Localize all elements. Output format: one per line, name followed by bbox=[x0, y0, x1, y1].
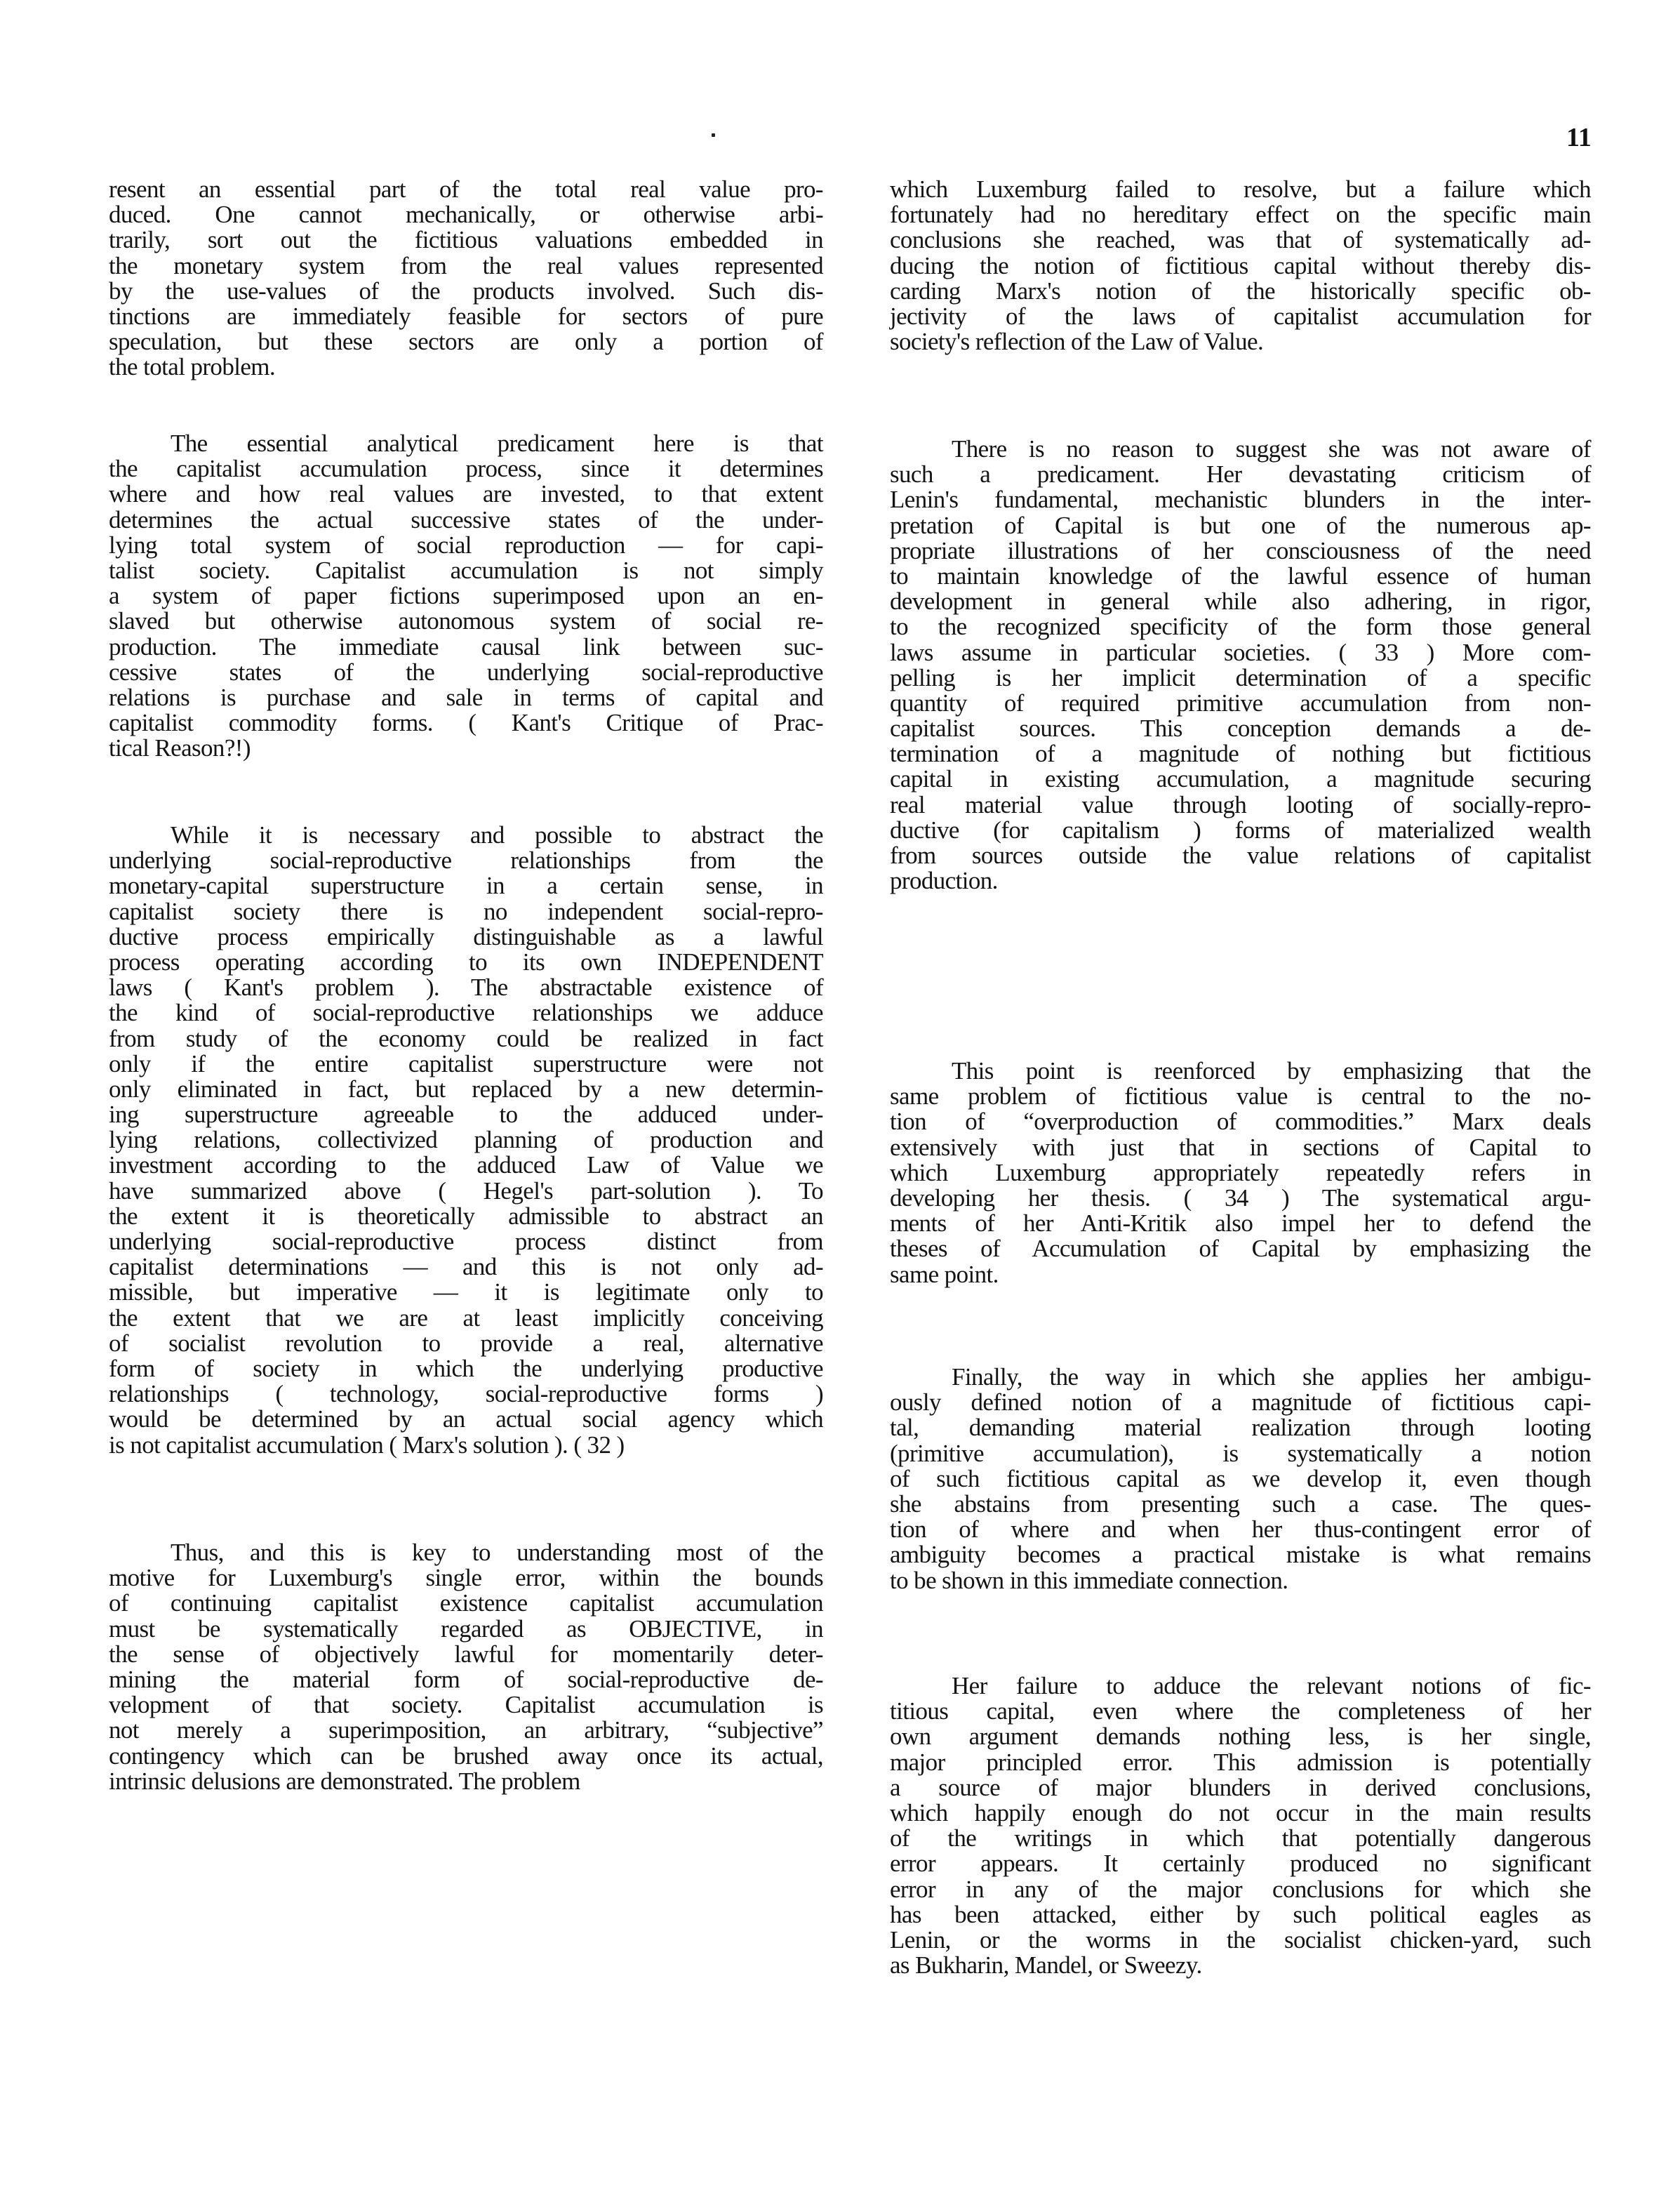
text-line: mining the material form of social-repro… bbox=[109, 1667, 823, 1692]
document-page: 11 resent an essential part of the total… bbox=[0, 0, 1680, 2209]
text-line: from sources outside the value relations… bbox=[890, 843, 1591, 868]
text-line: would be determined by an actual social … bbox=[109, 1407, 823, 1432]
text-line: ambiguity becomes a practical mistake is… bbox=[890, 1542, 1591, 1567]
text-line: capitalist commodity forms. ( Kant's Cri… bbox=[109, 710, 823, 736]
text-line: where and how real values are invested, … bbox=[109, 482, 823, 507]
text-line: contingency which can be brushed away on… bbox=[109, 1744, 823, 1769]
text-line: by the use-values of the products involv… bbox=[109, 279, 823, 304]
text-line: process operating according to its own I… bbox=[109, 950, 823, 975]
paragraph: Thus, and this is key to understanding m… bbox=[109, 1540, 823, 1794]
text-line: relations is purchase and sale in terms … bbox=[109, 685, 823, 710]
text-line: Finally, the way in which she applies he… bbox=[890, 1365, 1591, 1390]
text-line: real material value through looting of s… bbox=[890, 792, 1591, 818]
text-line: talist society. Capitalist accumulation … bbox=[109, 558, 823, 583]
text-line: The essential analytical predicament her… bbox=[109, 431, 823, 456]
text-line: propriate illustrations of her conscious… bbox=[890, 538, 1591, 564]
text-line: tion of where and when her thus-continge… bbox=[890, 1517, 1591, 1542]
text-line: society's reflection of the Law of Value… bbox=[890, 329, 1591, 354]
text-line: duced. One cannot mechanically, or other… bbox=[109, 202, 823, 227]
text-line: theses of Accumulation of Capital by emp… bbox=[890, 1236, 1591, 1261]
text-line: resent an essential part of the total re… bbox=[109, 177, 823, 202]
text-line: ments of her Anti-Kritik also impel her … bbox=[890, 1211, 1591, 1236]
text-line: a system of paper fictions superimposed … bbox=[109, 583, 823, 609]
text-line: to be shown in this immediate connection… bbox=[890, 1568, 1591, 1593]
text-line: must be systematically regarded as OBJEC… bbox=[109, 1617, 823, 1642]
text-line: error appears. It certainly produced no … bbox=[890, 1851, 1591, 1876]
text-line: laws assume in particular societies. ( 3… bbox=[890, 640, 1591, 665]
text-line: not merely a superimposition, an arbitra… bbox=[109, 1718, 823, 1743]
text-line: of socialist revolution to provide a rea… bbox=[109, 1331, 823, 1356]
text-line: the extent that we are at least implicit… bbox=[109, 1306, 823, 1331]
text-line: slaved but otherwise autonomous system o… bbox=[109, 609, 823, 634]
text-line: from study of the economy could be reali… bbox=[109, 1026, 823, 1052]
text-line: missible, but imperative — it is legitim… bbox=[109, 1280, 823, 1305]
text-line: Her failure to adduce the relevant notio… bbox=[890, 1673, 1591, 1699]
text-line: determines the actual successive states … bbox=[109, 508, 823, 533]
text-line: the extent it is theoretically admissibl… bbox=[109, 1204, 823, 1229]
text-line: ductive process empirically distinguisha… bbox=[109, 924, 823, 950]
text-line: capitalist society there is no independe… bbox=[109, 899, 823, 924]
text-line: of continuing capitalist existence capit… bbox=[109, 1591, 823, 1616]
text-line: developing her thesis. ( 34 ) The system… bbox=[890, 1186, 1591, 1211]
top-mark bbox=[712, 133, 715, 137]
paragraph: There is no reason to suggest she was no… bbox=[890, 437, 1591, 894]
text-line: Thus, and this is key to understanding m… bbox=[109, 1540, 823, 1565]
text-line: of the writings in which that potentiall… bbox=[890, 1826, 1591, 1851]
text-line: production. The immediate causal link be… bbox=[109, 635, 823, 660]
text-line: laws ( Kant's problem ). The abstractabl… bbox=[109, 975, 823, 1000]
text-line: major principled error. This admission i… bbox=[890, 1750, 1591, 1775]
text-line: investment according to the adduced Law … bbox=[109, 1153, 823, 1178]
text-line: There is no reason to suggest she was no… bbox=[890, 437, 1591, 462]
text-line: motive for Luxemburg's single error, wit… bbox=[109, 1565, 823, 1591]
text-line: relationships ( technology, social-repro… bbox=[109, 1381, 823, 1407]
text-line: a source of major blunders in derived co… bbox=[890, 1775, 1591, 1800]
text-line: to maintain knowledge of the lawful esse… bbox=[890, 564, 1591, 589]
text-line: only eliminated in fact, but replaced by… bbox=[109, 1077, 823, 1102]
text-line: only if the entire capitalist superstruc… bbox=[109, 1052, 823, 1077]
text-line: the monetary system from the real values… bbox=[109, 253, 823, 279]
text-line: of such fictitious capital as we develop… bbox=[890, 1466, 1591, 1492]
text-line: which Luxemburg appropriately repeatedly… bbox=[890, 1160, 1591, 1186]
text-line: same point. bbox=[890, 1262, 1591, 1287]
paragraph: Finally, the way in which she applies he… bbox=[890, 1365, 1591, 1593]
text-line: tical Reason?!) bbox=[109, 736, 823, 761]
text-line: form of society in which the underlying … bbox=[109, 1356, 823, 1381]
text-line: termination of a magnitude of nothing bu… bbox=[890, 741, 1591, 767]
text-line: quantity of required primitive accumulat… bbox=[890, 691, 1591, 716]
text-line: which Luxemburg failed to resolve, but a… bbox=[890, 177, 1591, 202]
text-line: Lenin's fundamental, mechanistic blunder… bbox=[890, 487, 1591, 512]
text-line: fortunately had no hereditary effect on … bbox=[890, 202, 1591, 227]
text-line: lying relations, collectivized planning … bbox=[109, 1127, 823, 1153]
text-line: the total problem. bbox=[109, 354, 823, 380]
text-line: pretation of Capital is but one of the n… bbox=[890, 513, 1591, 538]
text-line: which happily enough do not occur in the… bbox=[890, 1800, 1591, 1826]
text-line: as Bukharin, Mandel, or Sweezy. bbox=[890, 1953, 1591, 1978]
paragraph: which Luxemburg failed to resolve, but a… bbox=[890, 177, 1591, 354]
text-line: underlying social-reproductive relations… bbox=[109, 848, 823, 873]
text-line: speculation, but these sectors are only … bbox=[109, 329, 823, 354]
text-line: carding Marx's notion of the historicall… bbox=[890, 279, 1591, 304]
text-line: This point is reenforced by emphasizing … bbox=[890, 1059, 1591, 1084]
text-line: Lenin, or the worms in the socialist chi… bbox=[890, 1928, 1591, 1953]
paragraph: The essential analytical predicament her… bbox=[109, 431, 823, 761]
paragraph: While it is necessary and possible to ab… bbox=[109, 823, 823, 1458]
text-line: such a predicament. Her devastating crit… bbox=[890, 462, 1591, 487]
text-line: extensively with just that in sections o… bbox=[890, 1135, 1591, 1160]
text-line: cessive states of the underlying social-… bbox=[109, 660, 823, 685]
text-line: same problem of fictitious value is cent… bbox=[890, 1084, 1591, 1109]
text-line: tal, demanding material realization thro… bbox=[890, 1415, 1591, 1440]
text-line: tion of “overproduction of commodities.”… bbox=[890, 1109, 1591, 1134]
text-line: (primitive accumulation), is systematica… bbox=[890, 1441, 1591, 1466]
text-line: monetary-capital superstructure in a cer… bbox=[109, 873, 823, 898]
paragraph: This point is reenforced by emphasizing … bbox=[890, 1059, 1591, 1287]
text-line: the sense of objectively lawful for mome… bbox=[109, 1642, 823, 1667]
text-line: is not capitalist accumulation ( Marx's … bbox=[109, 1433, 823, 1458]
text-line: trarily, sort out the fictitious valuati… bbox=[109, 227, 823, 253]
text-line: error in any of the major conclusions fo… bbox=[890, 1877, 1591, 1902]
text-line: capital in existing accumulation, a magn… bbox=[890, 767, 1591, 792]
text-line: ducing the notion of fictitious capital … bbox=[890, 253, 1591, 279]
text-line: While it is necessary and possible to ab… bbox=[109, 823, 823, 848]
text-line: ing superstructure agreeable to the addu… bbox=[109, 1102, 823, 1127]
text-line: to the recognized specificity of the for… bbox=[890, 614, 1591, 639]
text-line: the capitalist accumulation process, sin… bbox=[109, 456, 823, 482]
text-line: jectivity of the laws of capitalist accu… bbox=[890, 304, 1591, 329]
text-line: own argument demands nothing less, is he… bbox=[890, 1724, 1591, 1749]
paragraph: Her failure to adduce the relevant notio… bbox=[890, 1673, 1591, 1978]
paragraph: resent an essential part of the total re… bbox=[109, 177, 823, 380]
text-line: velopment of that society. Capitalist ac… bbox=[109, 1692, 823, 1718]
text-line: development in general while also adheri… bbox=[890, 589, 1591, 614]
text-line: conclusions she reached, was that of sys… bbox=[890, 227, 1591, 253]
text-line: ously defined notion of a magnitude of f… bbox=[890, 1390, 1591, 1415]
text-line: capitalist determinations — and this is … bbox=[109, 1254, 823, 1280]
text-line: have summarized above ( Hegel's part-sol… bbox=[109, 1179, 823, 1204]
page-number: 11 bbox=[1566, 122, 1592, 153]
text-line: intrinsic delusions are demonstrated. Th… bbox=[109, 1769, 823, 1794]
text-line: tinctions are immediately feasible for s… bbox=[109, 304, 823, 329]
text-line: she abstains from presenting such a case… bbox=[890, 1492, 1591, 1517]
text-line: has been attacked, either by such politi… bbox=[890, 1902, 1591, 1928]
text-line: the kind of social-reproductive relation… bbox=[109, 1000, 823, 1026]
text-line: titious capital, even where the complete… bbox=[890, 1699, 1591, 1724]
text-line: underlying social-reproductive process d… bbox=[109, 1229, 823, 1254]
text-line: production. bbox=[890, 868, 1591, 894]
text-line: ductive (for capitalism ) forms of mater… bbox=[890, 818, 1591, 843]
text-line: lying total system of social reproductio… bbox=[109, 533, 823, 558]
text-line: pelling is her implicit determination of… bbox=[890, 665, 1591, 691]
text-line: capitalist sources. This conception dema… bbox=[890, 716, 1591, 741]
